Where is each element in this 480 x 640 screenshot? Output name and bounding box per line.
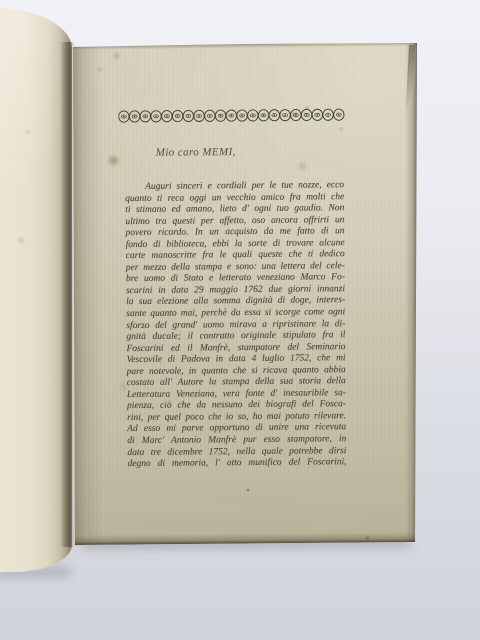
gutter-crease xyxy=(60,42,76,547)
foxing-spot xyxy=(24,128,32,136)
letter-line: degno di memoria, l' atto munifico del F… xyxy=(127,457,346,470)
foxing-spot xyxy=(16,236,26,245)
chain-ornament-icon xyxy=(118,108,344,123)
photo-frame: Mio caro MEMI, Auguri sinceri e cordiali… xyxy=(0,0,480,640)
salutation: Mio caro MEMI, xyxy=(156,146,236,159)
letter-body: Auguri sinceri e cordiali per le tue noz… xyxy=(125,180,347,471)
